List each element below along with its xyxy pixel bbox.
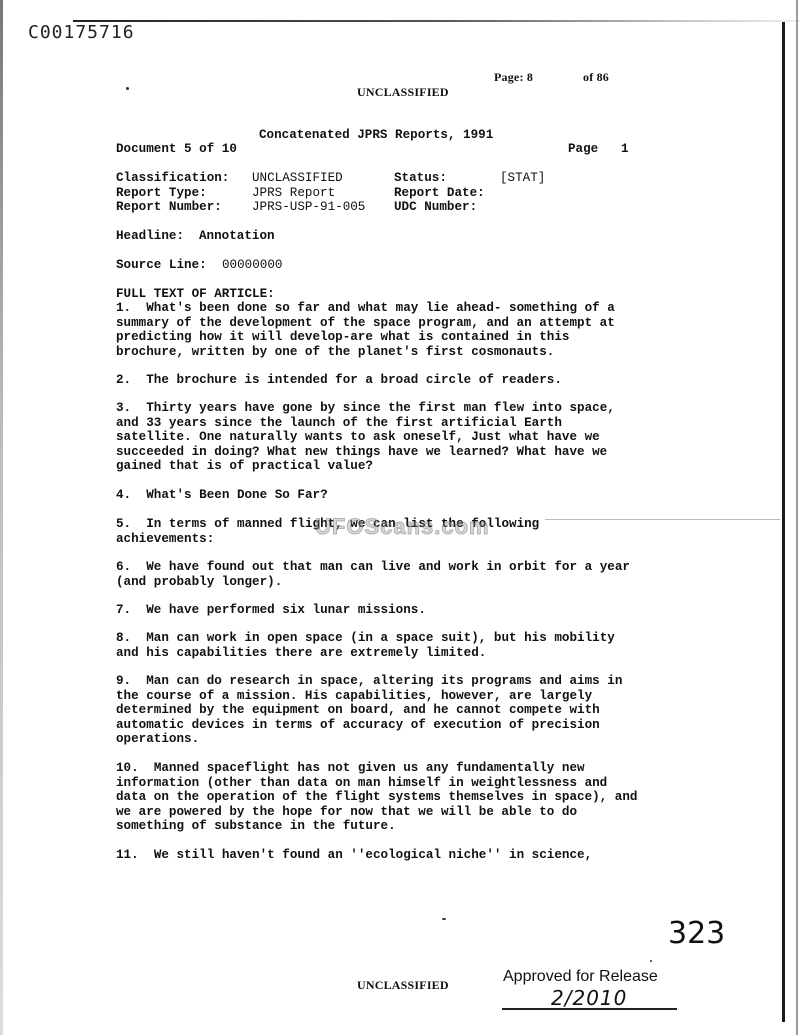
watermark: UFOScans.com [315,514,490,540]
source-line-label: Source Line: [116,258,207,273]
paragraph-number: 11. [116,848,139,862]
classification-label: Classification: [116,171,229,186]
scan-right-rule [782,22,785,1022]
paragraph-number: 3. [116,401,131,415]
scan-left-edge [0,0,3,1035]
scan-speck [126,87,129,90]
scan-speck [650,960,652,962]
paragraph-number: 2. [116,373,131,387]
scan-speck [442,918,446,920]
status-value: [STAT] [500,171,545,186]
source-line-value: 00000000 [222,258,282,273]
report-number-label: Report Number: [116,200,222,215]
paragraph-6: 6. We have found out that man can live a… [116,560,630,589]
paragraph-7: 7. We have performed six lunar missions. [116,603,426,618]
report-type-label: Report Type: [116,186,207,201]
document-control-number: C00175716 [28,22,135,43]
approval-date: 2/2010 [551,986,627,1010]
report-date-label: Report Date: [394,186,485,201]
classification-value: UNCLASSIFIED [252,171,343,186]
paragraph-2: 2. The brochure is intended for a broad … [116,373,562,388]
scan-right-edge [796,0,798,1035]
report-number-value: JPRS-USP-91-005 [252,200,365,215]
paragraph-number: 4. [116,488,131,502]
document-index: Document 5 of 10 [116,142,237,157]
inner-page-label: Page [568,142,598,157]
status-label: Status: [394,171,447,186]
paragraph-number: 6. [116,560,131,574]
paragraph-4: 4. What's Been Done So Far? [116,488,328,503]
paragraph-number: 9. [116,674,131,688]
page-number-label: Page: 8 [494,70,533,85]
page-total: of 86 [583,70,609,85]
handwritten-page-number: 323 [668,916,725,951]
udc-number-label: UDC Number: [394,200,477,215]
inner-page-number: 1 [621,142,629,157]
classification-bottom: UNCLASSIFIED [357,978,449,993]
classification-top: UNCLASSIFIED [357,85,449,100]
paragraph-8: 8. Man can work in open space (in a spac… [116,631,615,660]
article-heading: FULL TEXT OF ARTICLE: [116,287,275,302]
paragraph-11: 11. We still haven't found an ''ecologic… [116,848,592,863]
paragraph-1: 1. What's been done so far and what may … [116,301,615,359]
headline-label: Headline: [116,229,184,244]
paragraph-10: 10. Manned spaceflight has not given us … [116,761,637,834]
paragraph-9: 9. Man can do research in space, alterin… [116,674,622,747]
approval-label: Approved for Release [503,968,658,986]
approval-underline [502,1008,677,1010]
scan-fold-line [545,519,780,520]
scan-top-rule [73,20,800,22]
headline-value: Annotation [199,229,275,244]
paragraph-3: 3. Thirty years have gone by since the f… [116,401,615,474]
paragraph-number: 1. [116,301,131,315]
report-type-value: JPRS Report [252,186,335,201]
paragraph-number: 5. [116,517,131,531]
paragraph-number: 7. [116,603,131,617]
paragraph-number: 10. [116,761,139,775]
collection-title: Concatenated JPRS Reports, 1991 [259,128,493,143]
paragraph-number: 8. [116,631,131,645]
